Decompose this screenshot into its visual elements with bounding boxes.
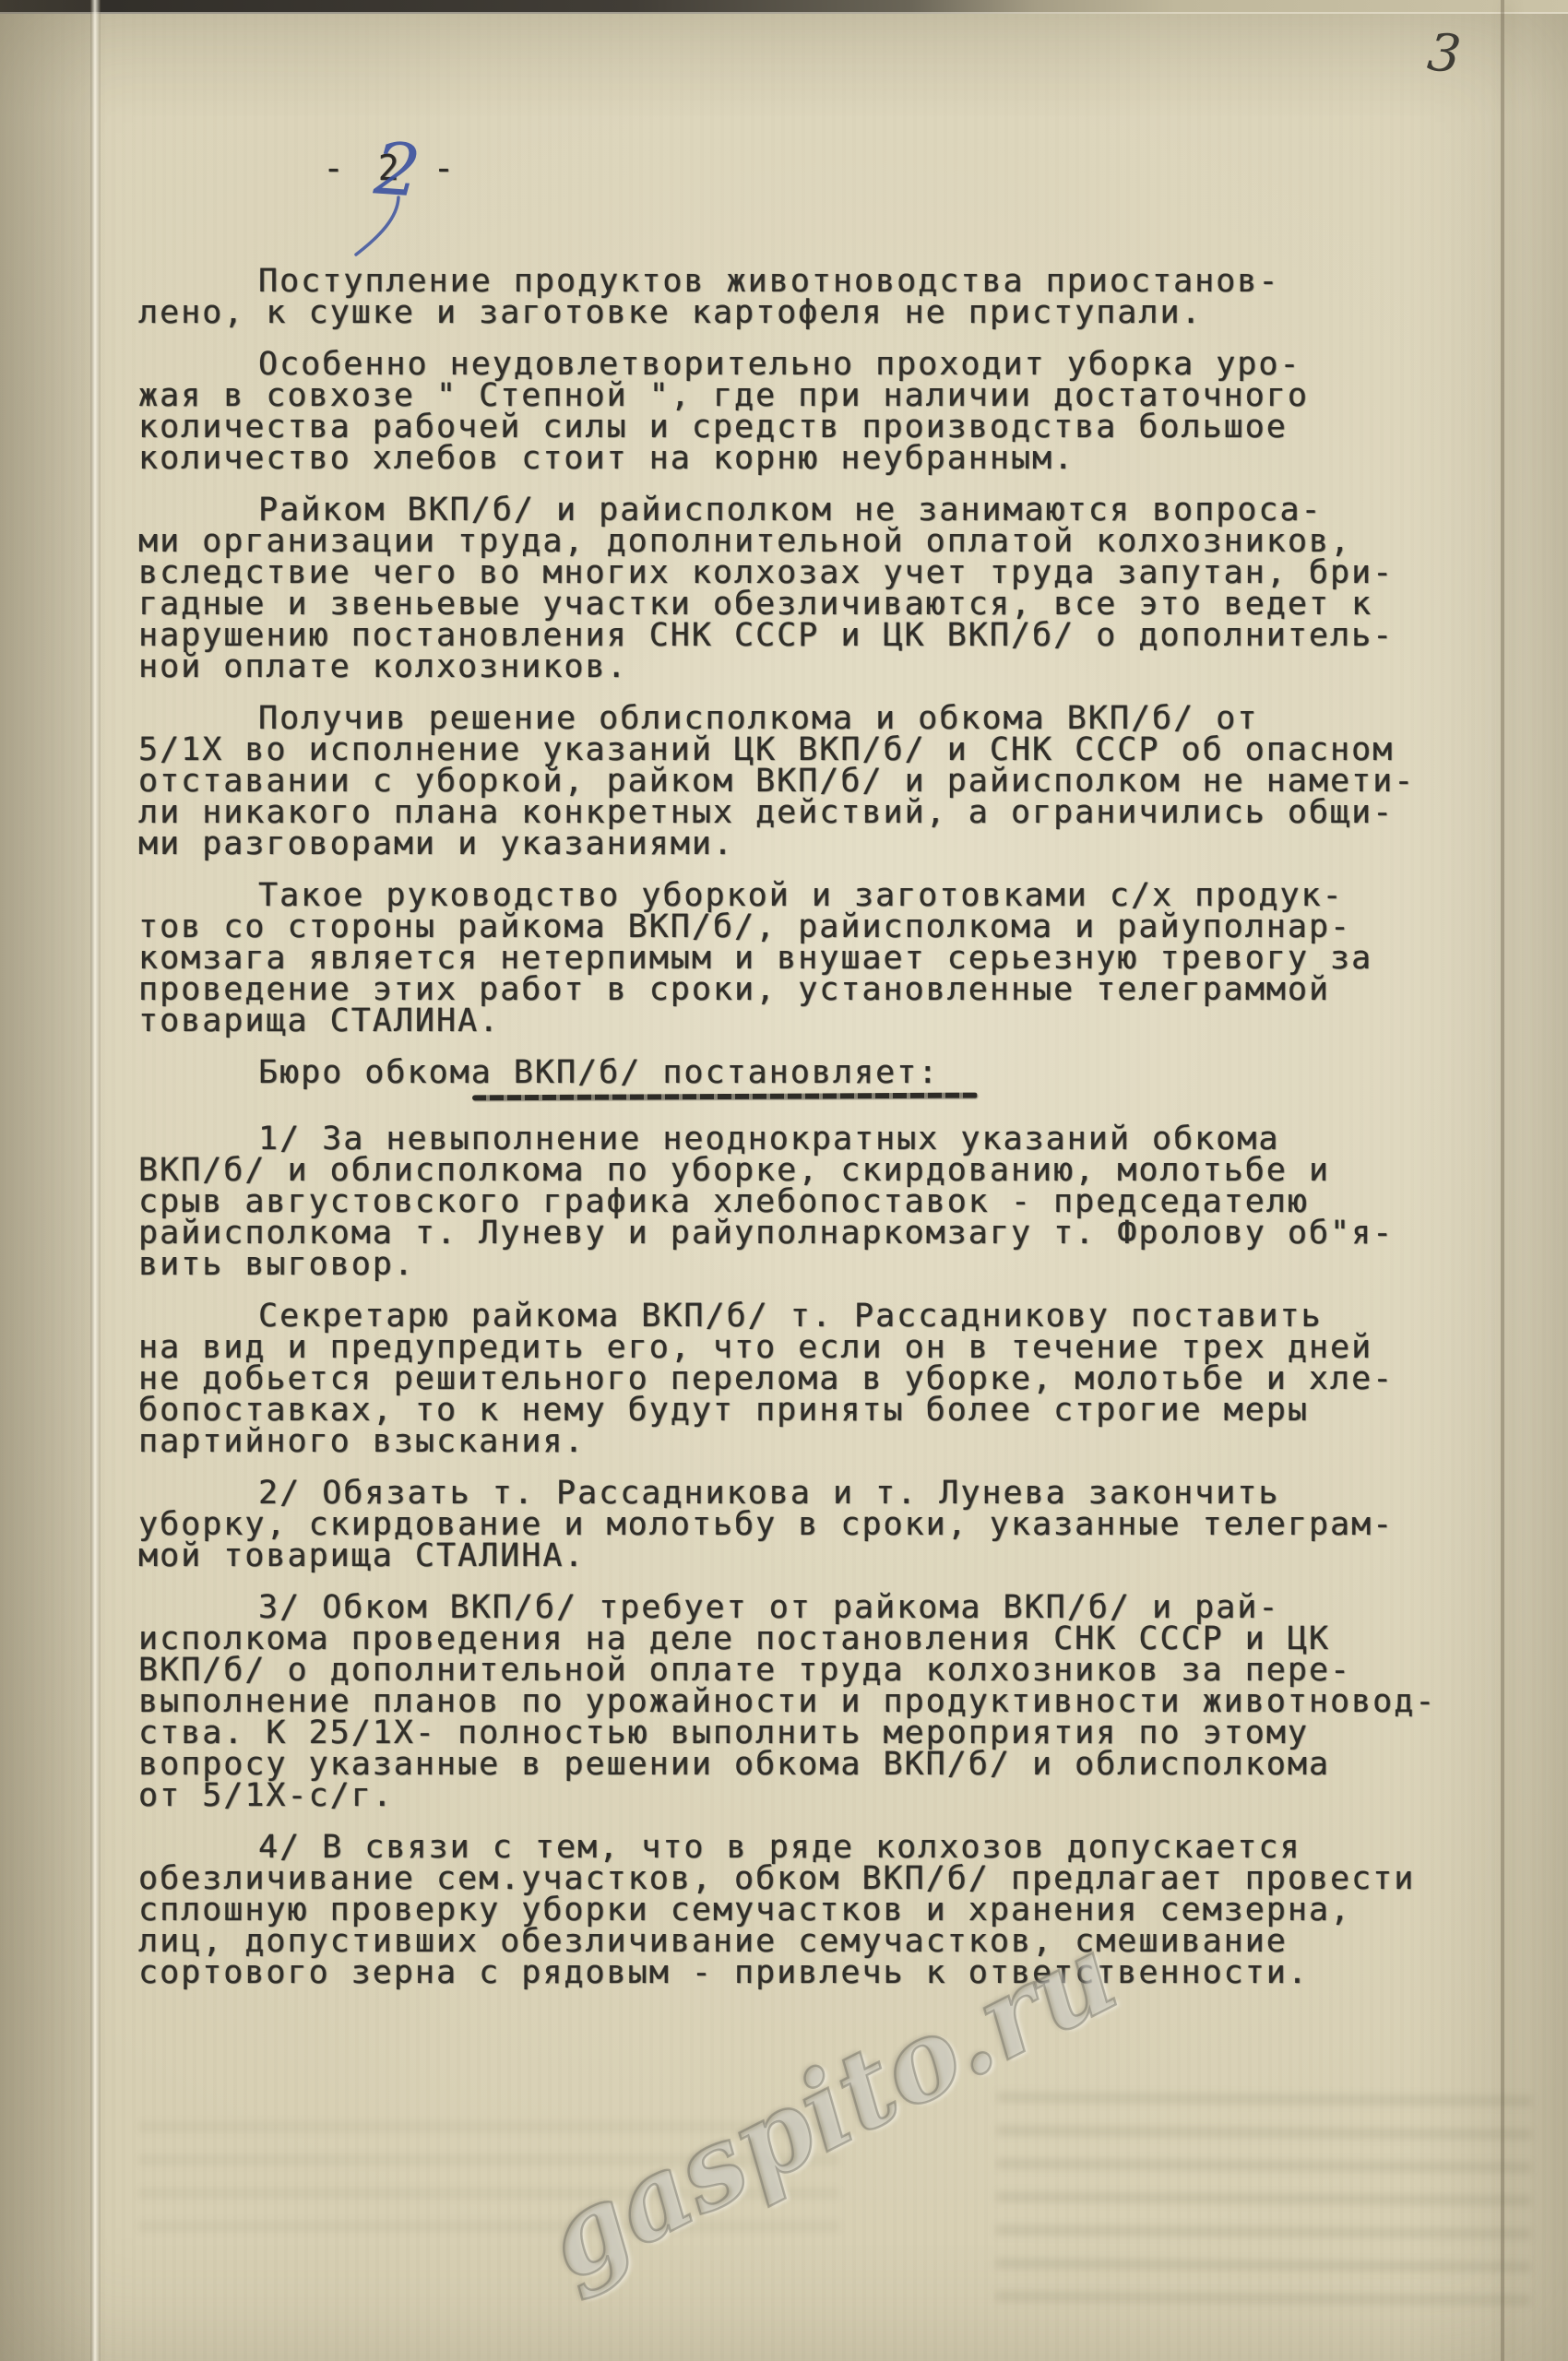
page-left-shadow [0,0,90,2361]
paragraph: Райком ВКП/б/ и райисполком не занимаютс… [138,494,1452,682]
resolution-item-1b: Секретарю райкома ВКП/б/ т. Рассадникову… [138,1300,1452,1457]
paper-fold-line [1501,0,1504,2361]
document-text: Поступление продуктов животноводства при… [138,266,1452,2009]
page-left-edge [90,0,101,2361]
paragraph: Получив решение облисполкома и обкома ВК… [138,703,1452,860]
scan-top-edge [0,0,1568,14]
handwritten-folio-number: 3 [1425,22,1464,85]
resolution-item-2: 2/ Обязать т. Рассадникова и т. Лунева з… [138,1477,1452,1572]
scanned-document-page: 3 - 2 - 2 Поступление продуктов животнов… [0,0,1568,2361]
paragraph: Поступление продуктов животноводства при… [138,266,1452,328]
resolution-item-3: 3/ Обком ВКП/б/ требует от райкома ВКП/б… [138,1592,1452,1811]
paragraph: Особенно неудовлетворительно проходит уб… [138,349,1452,474]
resolution-heading: Бюро обкома ВКП/б/ постановляет: [138,1057,1452,1088]
resolution-item-4: 4/ В связи с тем, что в ряде колхозов до… [138,1832,1452,1988]
handwritten-ink-stroke [350,196,408,262]
resolution-item-1: 1/ За невыполнение неоднократных указани… [138,1123,1452,1280]
ink-bleedthrough [995,2092,1532,2326]
paragraph: Такое руководство уборкой и заготовками … [138,880,1452,1037]
heading-underline [472,1093,978,1101]
